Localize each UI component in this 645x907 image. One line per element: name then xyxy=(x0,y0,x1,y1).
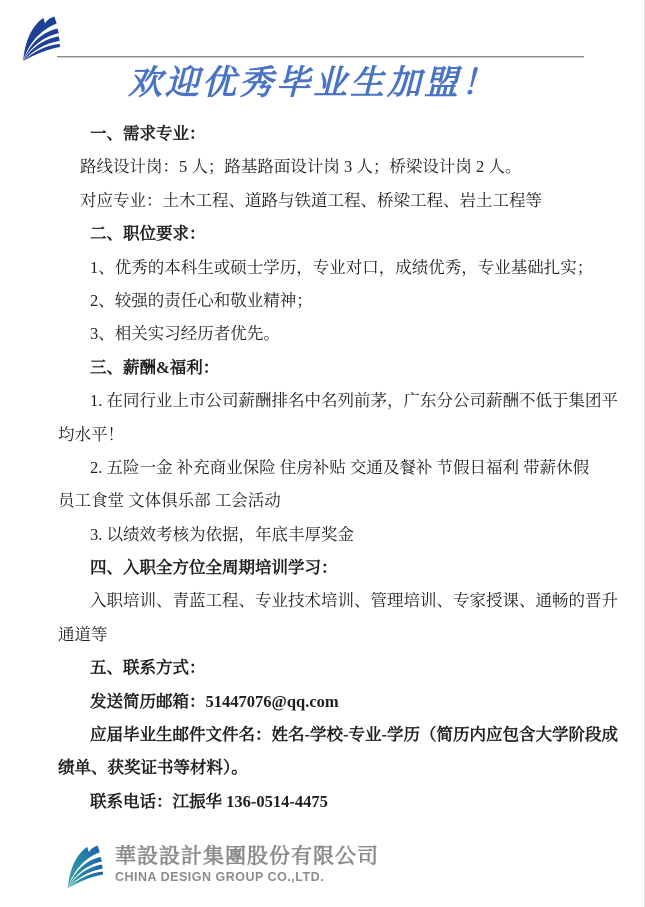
document-line: 2、较强的责任心和敬业精神； xyxy=(58,284,624,317)
document-body: 一、需求专业：路线设计岗：5 人；路基路面设计岗 3 人；桥梁设计岗 2 人。对… xyxy=(58,117,624,818)
document-line: 入职培训、青蓝工程、专业技术培训、管理培训、专家授课、通畅的晋升 xyxy=(58,584,624,617)
company-logo-footer-icon xyxy=(62,840,104,894)
document-line: 绩单、获奖证书等材料）。 xyxy=(58,751,624,784)
document-line: 应届毕业生邮件文件名：姓名-学校-专业-学历（简历内应包含大学阶段成 xyxy=(58,718,624,751)
document-line: 通道等 xyxy=(58,618,624,651)
document-line: 1、优秀的本科生或硕士学历，专业对口，成绩优秀，专业基础扎实； xyxy=(58,251,624,284)
document-line: 路线设计岗：5 人；路基路面设计岗 3 人；桥梁设计岗 2 人。 xyxy=(58,150,624,183)
header-divider xyxy=(57,56,584,58)
company-name-zh: 華設設計集團股份有限公司 xyxy=(115,844,379,869)
document-line: 均水平！ xyxy=(58,418,624,451)
document-line: 五、联系方式： xyxy=(58,651,624,684)
company-name-en: CHINA DESIGN GROUP CO.,LTD. xyxy=(115,870,379,885)
document-line: 发送简历邮箱：51447076@qq.com xyxy=(58,685,624,718)
company-logo-icon xyxy=(17,13,61,65)
document-line: 联系电话：江振华 136-0514-4475 xyxy=(58,785,624,818)
document-line: 3、相关实习经历者优先。 xyxy=(58,317,624,350)
document-line: 员工食堂 文体俱乐部 工会活动 xyxy=(58,484,624,517)
document-page: 欢迎优秀毕业生加盟！ 一、需求专业：路线设计岗：5 人；路基路面设计岗 3 人；… xyxy=(0,0,645,907)
document-line: 2. 五险一金 补充商业保险 住房补贴 交通及餐补 节假日福利 带薪休假 xyxy=(58,451,624,484)
document-line: 四、入职全方位全周期培训学习： xyxy=(58,551,624,584)
company-names: 華設設計集團股份有限公司 CHINA DESIGN GROUP CO.,LTD. xyxy=(115,840,379,885)
document-line: 1. 在同行业上市公司薪酬排名中名列前茅，广东分公司薪酬不低于集团平 xyxy=(58,384,624,417)
page-title: 欢迎优秀毕业生加盟！ xyxy=(0,64,626,104)
document-line: 二、职位要求： xyxy=(58,217,624,250)
footer: 華設設計集團股份有限公司 CHINA DESIGN GROUP CO.,LTD. xyxy=(62,840,379,894)
document-line: 对应专业：土木工程、道路与铁道工程、桥梁工程、岩土工程等 xyxy=(58,184,624,217)
document-line: 3. 以绩效考核为依据，年底丰厚奖金 xyxy=(58,518,624,551)
document-line: 三、薪酬&福利： xyxy=(58,351,624,384)
document-line: 一、需求专业： xyxy=(58,117,624,150)
